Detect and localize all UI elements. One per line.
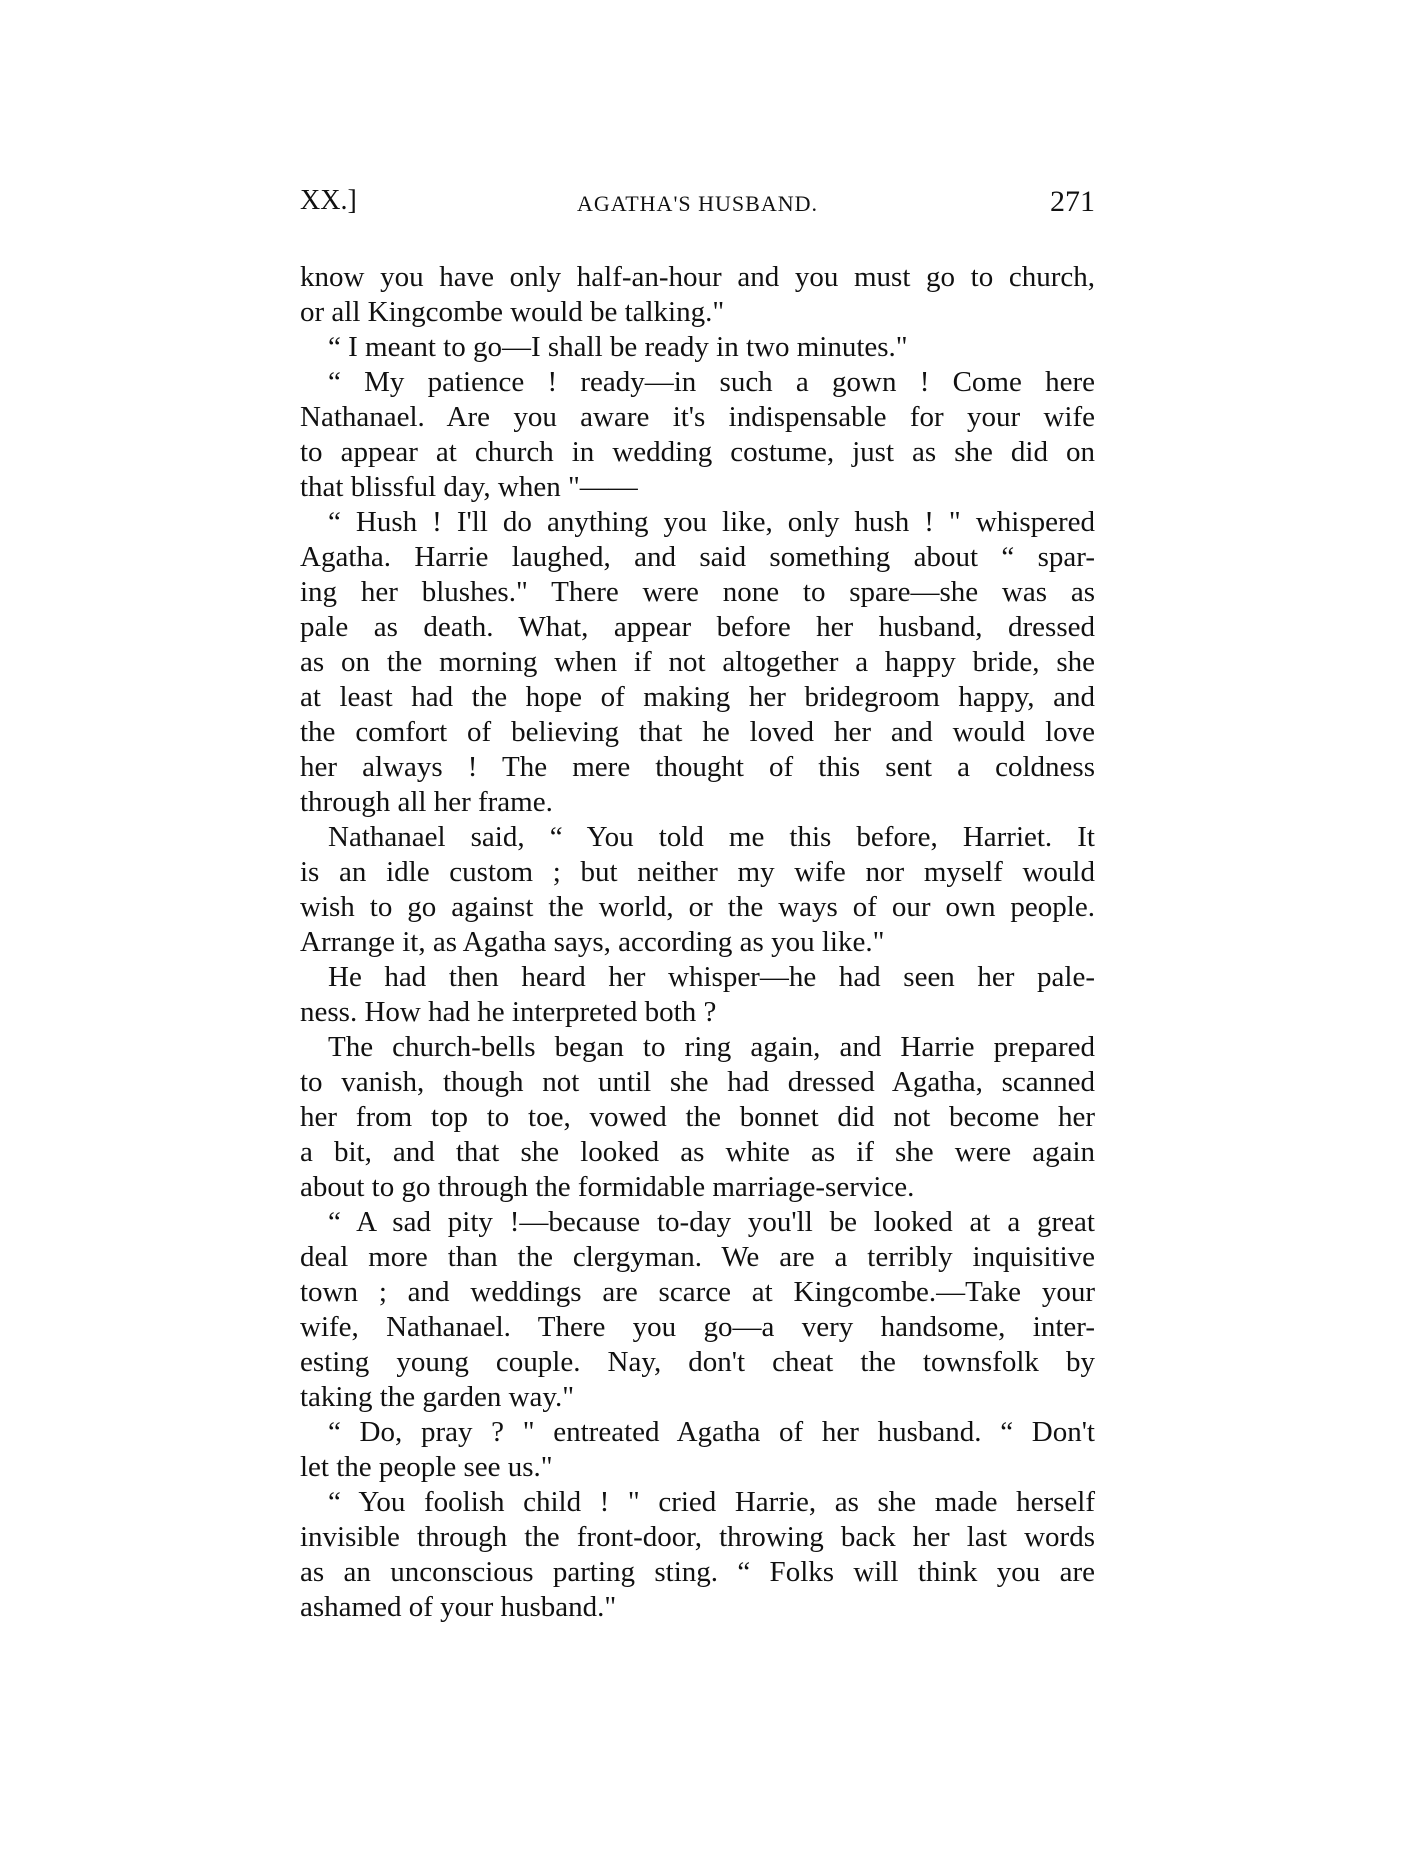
text-line: Arrange it, as Agatha says, according as… — [300, 925, 1095, 960]
text-line: her always ! The mere thought of this se… — [300, 750, 1095, 785]
text-line: “ A sad pity !—because to-day you'll be … — [300, 1205, 1095, 1240]
text-line: is an idle custom ; but neither my wife … — [300, 855, 1095, 890]
text-line: Agatha. Harrie laughed, and said somethi… — [300, 540, 1095, 575]
text-line: “ I meant to go—I shall be ready in two … — [300, 330, 1095, 365]
text-line: her from top to toe, vowed the bonnet di… — [300, 1100, 1095, 1135]
text-line: wish to go against the world, or the way… — [300, 890, 1095, 925]
text-line: “ Hush ! I'll do anything you like, only… — [300, 505, 1095, 540]
text-line: Nathanael. Are you aware it's indispensa… — [300, 400, 1095, 435]
text-line: The church-bells began to ring again, an… — [300, 1030, 1095, 1065]
text-line: a bit, and that she looked as white as i… — [300, 1135, 1095, 1170]
text-line: Nathanael said, “ You told me this befor… — [300, 820, 1095, 855]
text-line: as an unconscious parting sting. “ Folks… — [300, 1555, 1095, 1590]
text-line: to vanish, though not until she had dres… — [300, 1065, 1095, 1100]
text-line: that blissful day, when "—— — [300, 470, 1095, 505]
page-number: 271 — [1050, 185, 1095, 219]
body-text: know you have only half-an-hour and you … — [300, 260, 1095, 1625]
text-line: deal more than the clergyman. We are a t… — [300, 1240, 1095, 1275]
text-line: wife, Nathanael. There you go—a very han… — [300, 1310, 1095, 1345]
text-line: esting young couple. Nay, don't cheat th… — [300, 1345, 1095, 1380]
text-line: taking the garden way." — [300, 1380, 1095, 1415]
text-line: to appear at church in wedding costume, … — [300, 435, 1095, 470]
text-line: ashamed of your husband." — [300, 1590, 1095, 1625]
running-header: XX.] AGATHA'S HUSBAND. 271 — [300, 185, 1095, 225]
text-line: at least had the hope of making her brid… — [300, 680, 1095, 715]
text-line: let the people see us." — [300, 1450, 1095, 1485]
text-line: or all Kingcombe would be talking." — [300, 295, 1095, 330]
text-line: town ; and weddings are scarce at Kingco… — [300, 1275, 1095, 1310]
text-line: “ Do, pray ? " entreated Agatha of her h… — [300, 1415, 1095, 1450]
text-line: the comfort of believing that he loved h… — [300, 715, 1095, 750]
text-line: as on the morning when if not altogether… — [300, 645, 1095, 680]
text-line: invisible through the front-door, throwi… — [300, 1520, 1095, 1555]
text-line: through all her frame. — [300, 785, 1095, 820]
text-line: ing her blushes." There were none to spa… — [300, 575, 1095, 610]
book-page: XX.] AGATHA'S HUSBAND. 271 know you have… — [0, 0, 1403, 1852]
text-line: about to go through the formidable marri… — [300, 1170, 1095, 1205]
text-line: He had then heard her whisper—he had see… — [300, 960, 1095, 995]
text-line: ness. How had he interpreted both ? — [300, 995, 1095, 1030]
text-line: “ You foolish child ! " cried Harrie, as… — [300, 1485, 1095, 1520]
text-line: know you have only half-an-hour and you … — [300, 260, 1095, 295]
text-line: “ My patience ! ready—in such a gown ! C… — [300, 365, 1095, 400]
text-line: pale as death. What, appear before her h… — [300, 610, 1095, 645]
running-title: AGATHA'S HUSBAND. — [300, 191, 1095, 217]
